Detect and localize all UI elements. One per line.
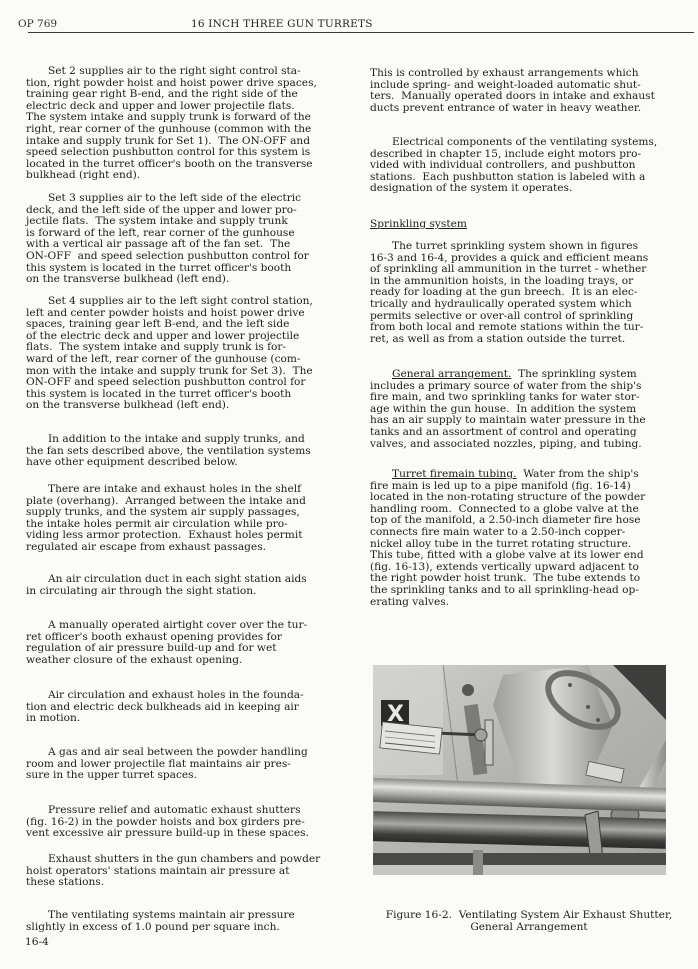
text-line: Air circulation and exhaust holes in the… (26, 690, 338, 702)
text-line: Exhaust shutters in the gun chambers and… (26, 854, 338, 866)
text-line: This tube, fitted with a globe valve at … (370, 550, 676, 562)
text-line: A manually operated airtight cover over … (26, 620, 338, 632)
text-line: ret, as well as from a station outside t… (370, 334, 676, 346)
paragraph-air-pressure: The ventilating systems maintain air pre… (26, 910, 338, 933)
text-line: The ventilating systems maintain air pre… (26, 910, 338, 922)
exhaust-shutter-photo: X (373, 665, 666, 875)
text-line: trically and hydraulically operated syst… (370, 299, 676, 311)
text-line: regulated air escape from exhaust passag… (26, 542, 338, 554)
text-line: ducts prevent entrance of water in heavy… (370, 103, 676, 115)
text-line: on the transverse bulkhead (left end). (26, 400, 338, 412)
subheading-general-arrangement: General arrangement. (392, 368, 511, 380)
text-line: Set 3 supplies air to the left side of t… (26, 193, 338, 205)
figure-16-2-photo: X (373, 665, 666, 875)
text-line: on the transverse bulkhead (left end). (26, 274, 338, 286)
paragraph-set-4: Set 4 supplies air to the left sight con… (26, 296, 338, 412)
paragraph-exhaust-shutters: Exhaust shutters in the gun chambers and… (26, 854, 338, 889)
subheading-turret-firemain-tubing: Turret firemain tubing. (392, 468, 516, 480)
text-line: weather closure of the exhaust opening. (26, 655, 338, 667)
text-line: This is controlled by exhaust arrangemen… (370, 68, 676, 80)
text-line: Set 2 supplies air to the right sight co… (26, 66, 338, 78)
paragraph-general-arrangement: General arrangement. The sprinkling syst… (370, 369, 676, 450)
text-line: ON-OFF and speed selection pushbutton co… (26, 377, 338, 389)
text-line: speed selection pushbutton control for t… (26, 147, 338, 159)
paragraph-shelf-plate-holes: There are intake and exhaust holes in th… (26, 484, 338, 554)
paragraph-airtight-cover: A manually operated airtight cover over … (26, 620, 338, 666)
text-line: designation of the system it operates. (370, 183, 676, 195)
paragraph-set-3: Set 3 supplies air to the left side of t… (26, 193, 338, 286)
text-line: Set 4 supplies air to the left sight con… (26, 296, 338, 308)
text-line: The turret sprinkling system shown in fi… (370, 241, 676, 253)
text-line: vent excessive air pressure build-up in … (26, 828, 338, 840)
text-line: Pressure relief and automatic exhaust sh… (26, 805, 338, 817)
text-line: have other equipment described below. (26, 457, 338, 469)
text-line: the sprinkling tanks and to all sprinkli… (370, 585, 676, 597)
text-line: valves, and associated nozzles, piping, … (370, 439, 676, 451)
text-line: There are intake and exhaust holes in th… (26, 484, 338, 496)
caption-line-2: General Arrangement (360, 921, 698, 933)
text-line: tanks and an assortment of control and o… (370, 427, 676, 439)
paragraph-other-equipment: In addition to the intake and supply tru… (26, 434, 338, 469)
text-line: right, rear corner of the gunhouse (comm… (26, 124, 338, 136)
section-heading-sprinkling-system: Sprinkling system (370, 219, 467, 231)
text-line: in motion. (26, 713, 338, 725)
paragraph-exhaust-arrangements: This is controlled by exhaust arrangemen… (370, 68, 676, 114)
text-line: slightly in excess of 1.0 pound per squa… (26, 922, 338, 934)
text-line: ward of the left, rear corner of the gun… (26, 354, 338, 366)
text-line: from both local and remote stations with… (370, 322, 676, 334)
text-line: ON-OFF and speed selection pushbutton co… (26, 251, 338, 263)
paragraph-gas-air-seal: A gas and air seal between the powder ha… (26, 747, 338, 782)
caption-line-1: Figure 16-2. Ventilating System Air Exha… (360, 909, 698, 921)
paragraph-firemain-tubing: Turret firemain tubing. Water from the s… (370, 469, 676, 608)
text-line: In addition to the intake and supply tru… (26, 434, 338, 446)
text-line: An air circulation duct in each sight st… (26, 574, 338, 586)
text-line: connects fire main water to a 2.50-inch … (370, 527, 676, 539)
paragraph-electrical-components: Electrical components of the ventilating… (370, 137, 676, 195)
text-line: these stations. (26, 877, 338, 889)
text-line: Electrical components of the ventilating… (370, 137, 676, 149)
left-column: Set 2 supplies air to the right sight co… (26, 0, 338, 969)
paragraph-sprinkling-intro: The turret sprinkling system shown in fi… (370, 241, 676, 345)
text-line: bulkhead (right end). (26, 170, 338, 182)
text-line: A gas and air seal between the powder ha… (26, 747, 338, 759)
text-line: in circulating air through the sight sta… (26, 586, 338, 598)
page-number: 16-4 (25, 936, 49, 948)
paragraph-pressure-relief: Pressure relief and automatic exhaust sh… (26, 805, 338, 840)
text-line: erating valves. (370, 597, 676, 609)
figure-caption: Figure 16-2. Ventilating System Air Exha… (360, 909, 698, 933)
paragraph-sight-station-duct: An air circulation duct in each sight st… (26, 574, 338, 597)
paragraph-set-2: Set 2 supplies air to the right sight co… (26, 66, 338, 182)
text-line: sure in the upper turret spaces. (26, 770, 338, 782)
paragraph-foundation-holes: Air circulation and exhaust holes in the… (26, 690, 338, 725)
